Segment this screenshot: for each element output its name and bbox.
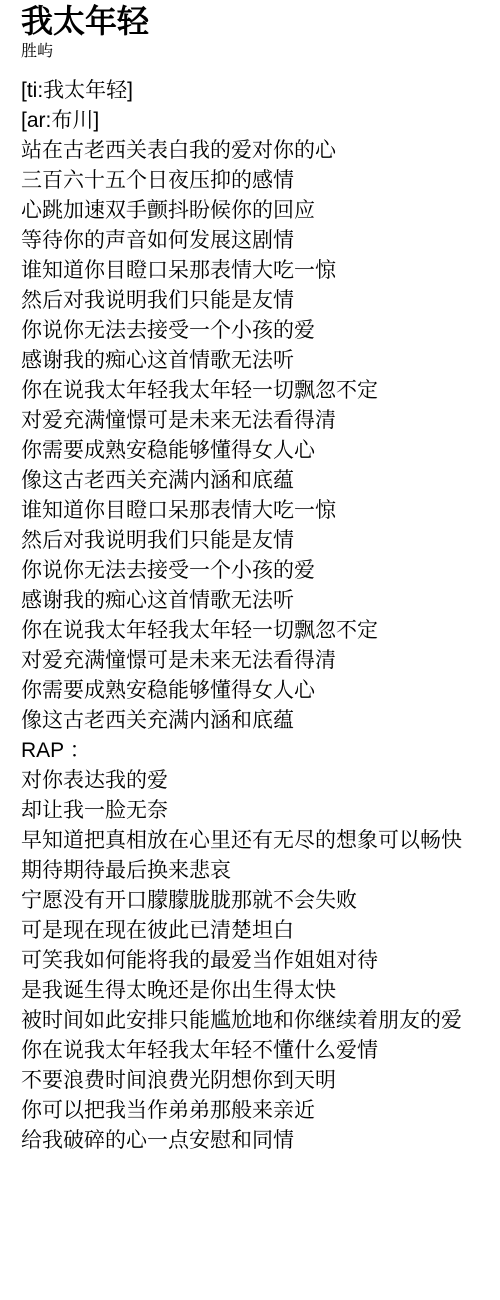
lyric-line: 站在古老西关表白我的爱对你的心	[21, 136, 490, 166]
lyric-line: 不要浪费时间浪费光阴想你到天明	[21, 1066, 490, 1096]
lyric-line: 宁愿没有开口朦朦胧胧那就不会失败	[21, 886, 490, 916]
lyric-line: 早知道把真相放在心里还有无尽的想象可以畅快	[21, 826, 490, 856]
lyric-line: 然后对我说明我们只能是友情	[21, 526, 490, 556]
lyrics-block: [ti:我太年轻][ar:布川]站在古老西关表白我的爱对你的心三百六十五个日夜压…	[21, 76, 490, 1156]
lyric-line: 感谢我的痴心这首情歌无法听	[21, 346, 490, 376]
lyric-line: 像这古老西关充满内涵和底蕴	[21, 466, 490, 496]
lyric-line: [ti:我太年轻]	[21, 76, 490, 106]
lyric-line: 对爱充满憧憬可是未来无法看得清	[21, 406, 490, 436]
lyric-line: 然后对我说明我们只能是友情	[21, 286, 490, 316]
lyric-line: 给我破碎的心一点安慰和同情	[21, 1126, 490, 1156]
lyric-line: 你需要成熟安稳能够懂得女人心	[21, 436, 490, 466]
lyric-line: 你说你无法去接受一个小孩的爱	[21, 556, 490, 586]
lyrics-page: 我太年轻 胜屿 [ti:我太年轻][ar:布川]站在古老西关表白我的爱对你的心三…	[0, 0, 500, 1300]
lyric-line: 期待期待最后换来悲哀	[21, 856, 490, 886]
lyric-line: 谁知道你目瞪口呆那表情大吃一惊	[21, 496, 490, 526]
page-title: 我太年轻	[21, 0, 490, 42]
lyric-line: 被时间如此安排只能尴尬地和你继续着朋友的爱	[21, 1006, 490, 1036]
lyric-line: 对爱充满憧憬可是未来无法看得清	[21, 646, 490, 676]
lyric-line: 你在说我太年轻我太年轻不懂什么爱情	[21, 1036, 490, 1066]
lyric-line: 对你表达我的爱	[21, 766, 490, 796]
lyric-line: 三百六十五个日夜压抑的感情	[21, 166, 490, 196]
lyric-line: 感谢我的痴心这首情歌无法听	[21, 586, 490, 616]
lyric-line: [ar:布川]	[21, 106, 490, 136]
artist-name: 胜屿	[21, 42, 490, 62]
lyric-line: 可笑我如何能将我的最爱当作姐姐对待	[21, 946, 490, 976]
lyric-line: 你在说我太年轻我太年轻一切飘忽不定	[21, 616, 490, 646]
lyric-line: 你可以把我当作弟弟那般来亲近	[21, 1096, 490, 1126]
lyric-line: 却让我一脸无奈	[21, 796, 490, 826]
lyric-line: 你说你无法去接受一个小孩的爱	[21, 316, 490, 346]
lyric-line: 你需要成熟安稳能够懂得女人心	[21, 676, 490, 706]
lyric-line: 是我诞生得太晚还是你出生得太快	[21, 976, 490, 1006]
lyric-line: 可是现在现在彼此已清楚坦白	[21, 916, 490, 946]
lyric-line: 等待你的声音如何发展这剧情	[21, 226, 490, 256]
lyric-line: 心跳加速双手颤抖盼候你的回应	[21, 196, 490, 226]
lyric-line: 谁知道你目瞪口呆那表情大吃一惊	[21, 256, 490, 286]
lyric-line: 像这古老西关充满内涵和底蕴	[21, 706, 490, 736]
lyric-line: 你在说我太年轻我太年轻一切飘忽不定	[21, 376, 490, 406]
lyric-line: RAP ：	[21, 736, 490, 766]
